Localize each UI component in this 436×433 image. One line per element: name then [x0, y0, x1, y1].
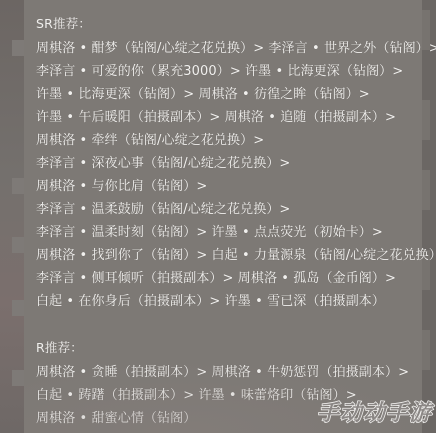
- sr-line: 周棋洛 • 牵绊（钻阁/心绽之花兑换）>: [36, 129, 264, 148]
- sr-line: 李泽言 • 深夜心事（钻阁/心绽之花兑换）>: [36, 152, 290, 171]
- r-section-title: R推荐：: [36, 338, 83, 356]
- sr-line: 周棋洛 • 找到你了（钻阁）> 白起 • 力量源泉（钻阁/心绽之花兑换）>: [36, 244, 436, 263]
- watermark-logo: 手动动手游: [317, 396, 432, 427]
- background-notch: [12, 237, 24, 253]
- background-notch: [12, 300, 24, 316]
- sr-line: 李泽言 • 侧耳倾听（拍摄副本）> 周棋洛 • 孤岛（金币阁）>: [36, 267, 396, 286]
- sr-line: 李泽言 • 温柔时刻（钻阁）> 许墨 • 点点荧光（初始卡）>: [36, 221, 383, 240]
- sr-line: 周棋洛 • 酣梦（钻阁/心绽之花兑换）> 李泽言 • 世界之外（钻阁）>: [36, 37, 436, 56]
- background-notch: [12, 178, 24, 194]
- background-right-edge: [420, 0, 436, 433]
- background-left-edge: [0, 0, 24, 433]
- sr-line: 许墨 • 午后暖阳（拍摄副本）> 周棋洛 • 追随（拍摄副本）>: [36, 106, 396, 125]
- r-line: 周棋洛 • 贪睡（拍摄副本）> 周棋洛 • 牛奶惩罚（拍摄副本）>: [36, 361, 409, 380]
- recommendation-panel: SR推荐： 周棋洛 • 酣梦（钻阁/心绽之花兑换）> 李泽言 • 世界之外（钻阁…: [24, 0, 422, 433]
- background-notch: [12, 40, 24, 56]
- sr-line: 白起 • 在你身后（拍摄副本）> 许墨 • 雪已深（拍摄副本）: [36, 290, 385, 309]
- sr-line: 许墨 • 比海更深（钻阁）> 周棋洛 • 彷徨之眸（钻阁）>: [36, 83, 370, 102]
- sr-line: 李泽言 • 温柔鼓励（钻阁/心绽之花兑换）>: [36, 198, 290, 217]
- background-notch: [12, 370, 24, 386]
- sr-section-title: SR推荐：: [36, 14, 91, 32]
- r-line: 白起 • 踌躇（拍摄副本）> 许墨 • 味蕾烙印（钻阁）>: [36, 384, 357, 403]
- sr-line: 周棋洛 • 与你比肩（钻阁）>: [36, 175, 207, 194]
- sr-line: 李泽言 • 可爱的你（累充3000）> 许墨 • 比海更深（钻阁）>: [36, 60, 403, 79]
- r-line: 周棋洛 • 甜蜜心情（钻阁）: [36, 407, 196, 426]
